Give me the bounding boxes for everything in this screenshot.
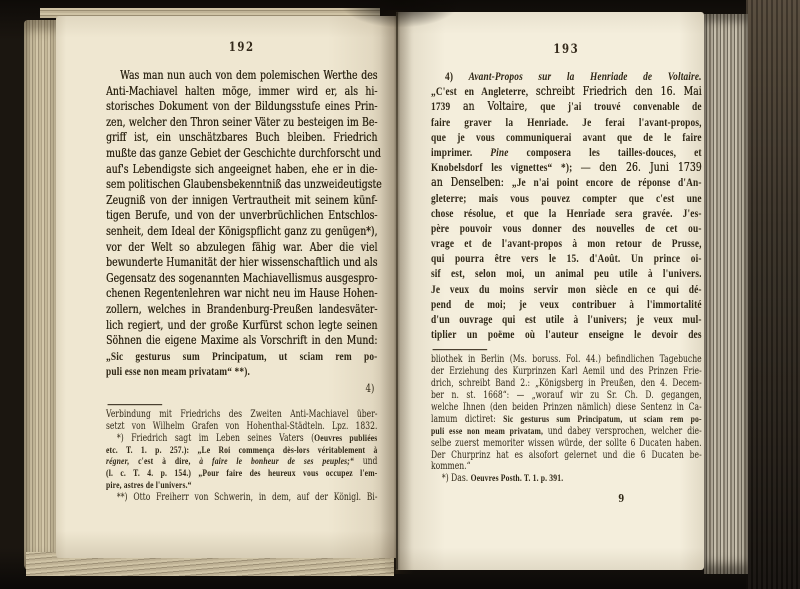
text-line: Verbindung mit Friedrichs des Zweiten An…: [106, 409, 377, 421]
text-segment: drich, schreibt Band 2.: „Königsberg in …: [431, 378, 702, 389]
text-line: sif est, selon moi, un animal peu utile …: [431, 266, 702, 281]
text-segment: qui pourra être vers le 15. d'Août. Un p…: [431, 251, 702, 265]
text-line: **) Otto Freiherr von Schwerin, in dem, …: [106, 492, 377, 504]
text-segment: Verbindung mit Friedrichs des Zweiten An…: [106, 409, 377, 420]
footnote-rule-right: [433, 349, 488, 350]
text-segment: auf's Lebendigste sich angeeignet haben,…: [106, 162, 377, 176]
text-segment: Knobelsdorf les vignettes“ *); —: [431, 160, 599, 174]
page-edges-left: [24, 20, 60, 572]
text-line: Je veux du moins servir mon siècle en ce…: [431, 282, 702, 297]
text-line: *) Das. Oeuvres Posth. T. 1. p. 391.: [431, 473, 702, 485]
text-segment: etc. T. 1. p. 257.): „Le Roi commença dè…: [106, 445, 377, 456]
text-line: welche Ihnen (den beiden Prinzen nämlich…: [431, 402, 702, 414]
text-line: etc. T. 1. p. 257.): „Le Roi commença dè…: [106, 445, 377, 457]
text-segment: und: [363, 456, 378, 467]
text-line: kommen.“: [431, 461, 702, 473]
text-line: an Denselben: „Je n'ai point encore de r…: [431, 175, 702, 190]
text-line: zen, welcher den Thron seiner Väter zu b…: [106, 115, 377, 131]
text-segment: composera les tailles-douces, et: [509, 145, 702, 159]
text-line: pire, astres de l'univers.“: [106, 480, 377, 492]
text-segment: Je veux du moins servir mon siècle en ce…: [431, 282, 702, 296]
text-segment: und dabey versprochen, welcher die-: [548, 426, 702, 437]
text-segment: Pine: [490, 145, 508, 159]
text-line: puli esse non meam privatam“ **).: [106, 364, 377, 380]
text-line: qui pourra être vers le 15. d'Août. Un p…: [431, 251, 702, 266]
text-line: storisches Dokument von der Bildungsstuf…: [106, 99, 377, 115]
text-segment: zollern, welches in Brandenburg-Preußen …: [106, 302, 377, 316]
book-gutter-fold: [396, 12, 398, 570]
left-footnotes: Verbindung mit Friedrichs des Zweiten An…: [106, 409, 377, 504]
text-line: père pouvoir vous donner des nouvelles d…: [431, 221, 702, 236]
text-line: faire graver la Henriade. Je ferai l'ava…: [431, 115, 702, 130]
text-segment: père pouvoir vous donner des nouvelles d…: [431, 221, 702, 235]
text-line: puli esse non meam privatam, und dabey v…: [431, 426, 702, 438]
text-line: vrage et de l'avant-propos à mon retour …: [431, 236, 702, 251]
text-line: Gegensatz des sogenannten Machiavellismu…: [106, 271, 377, 287]
text-segment: welche Ihnen (den beiden Prinzen nämlich…: [431, 402, 702, 413]
text-segment: imprimer.: [431, 145, 490, 159]
text-line: tigen Berufe, und von der unverbrüchlich…: [106, 208, 377, 224]
text-segment: Sic gesturus sum Principatum, ut sciam r…: [503, 414, 701, 425]
text-segment: vrage et de l'avant-propos à mon retour …: [431, 236, 702, 250]
text-segment: setzt von Wilhelm Grafen von Hohenthal-S…: [106, 421, 377, 432]
text-line: 1739 an Voltaire, que j'ai trouvé conven…: [431, 99, 702, 114]
footnote-rule-left: [108, 404, 163, 405]
book-cover-right: [746, 0, 800, 589]
text-segment: Der Churprinz hat es alsofort gelernet u…: [431, 450, 702, 461]
text-segment: d'un ouvrage qui est utile à l'univers; …: [431, 312, 702, 326]
text-segment: Oeuvres publiées: [314, 433, 377, 444]
text-line: (l. c. T. 4. p. 154.) „Pour faire des he…: [106, 468, 377, 480]
text-segment: kommen.“: [431, 461, 471, 472]
text-segment: 1739: [431, 99, 463, 113]
text-segment: bliothek in Berlin (Ms. boruss. Fol. 44.…: [431, 354, 702, 365]
text-segment: *) Friedrich sagt im Leben seines Vaters…: [117, 433, 314, 444]
text-line: tiplier un poëme où l'auteur enseigne le…: [431, 327, 702, 342]
text-line: que je vous communiquerai avant que de l…: [431, 130, 702, 145]
text-segment: mußte das ganze Gebiet der Geschichte du…: [106, 146, 381, 160]
text-segment: Avant-Propos sur la Henriade de Voltaire…: [469, 69, 702, 83]
text-segment: faire graver la Henriade. Je ferai l'ava…: [431, 115, 702, 129]
text-line: selbe zuerst memoriter wissen würde, der…: [431, 438, 702, 450]
text-segment: lich regiert, und der große Kurfürst sch…: [106, 318, 377, 332]
text-segment: Oeuvres Posth. T. 1. p. 391.: [471, 473, 564, 484]
text-line: 4) Avant-Propos sur la Henriade de Volta…: [431, 69, 702, 84]
left-main-text: Was man nun auch von dem polemischen Wer…: [106, 68, 377, 380]
text-segment: an Voltaire,: [463, 99, 540, 113]
text-segment: sem politischen Glaubensbekenntniß das u…: [106, 177, 382, 191]
text-segment: pend de moi; je veux contribuer à l'immo…: [431, 297, 702, 311]
left-page-content: 192 Was man nun auch von dem polemischen…: [106, 14, 377, 504]
text-line: Anti-Machiavel halten möge, immer wird e…: [106, 84, 377, 100]
text-line: vor der Welt so abzulegen fähig war. Abe…: [106, 240, 377, 256]
text-line: auf's Lebendigste sich angeeignet haben,…: [106, 162, 377, 178]
text-line: lich regiert, und der große Kurfürst sch…: [106, 318, 377, 334]
catchword: 4): [106, 382, 377, 396]
text-line: chose résolue, et que la Henriade sera g…: [431, 206, 702, 221]
text-segment: que je vous communiquerai avant que de l…: [431, 130, 702, 144]
text-segment: vor der Welt so abzulegen fähig war. Abe…: [106, 240, 377, 254]
text-segment: senheit, dem Ideal der Königspflicht gan…: [106, 224, 377, 238]
text-segment: der Erziehung des Kurprinzen Karl Aemil …: [431, 366, 702, 377]
text-line: ber n. st. 1668“: — „worauf wir zu Sr. C…: [431, 390, 702, 402]
text-line: Was man nun auch von dem polemischen Wer…: [106, 68, 377, 84]
text-segment: lamum dictiret:: [431, 414, 503, 425]
text-segment: à faire le bonheur de ses peuples;“: [199, 456, 362, 467]
right-footnotes: bliothek in Berlin (Ms. boruss. Fol. 44.…: [431, 354, 702, 485]
text-segment: puli esse non meam privatam“ **).: [106, 364, 250, 378]
text-segment: „C'est en Angleterre,: [431, 84, 536, 98]
text-segment: Was man nun auch von dem polemischen Wer…: [120, 68, 377, 82]
text-line: sem politischen Glaubensbekenntniß das u…: [106, 177, 377, 193]
text-line: chenen Regentenlehren war nicht neu im H…: [106, 286, 377, 302]
text-line: „C'est en Angleterre, schreibt Friedrich…: [431, 84, 702, 99]
signature-mark: 9: [431, 492, 702, 505]
text-line: senheit, dem Ideal der Königspflicht gan…: [106, 224, 377, 240]
text-segment: Söhnen die eigene Maxime als Vorschrift …: [106, 333, 377, 347]
page-number-right: 193: [431, 42, 702, 57]
right-main-text: 4) Avant-Propos sur la Henriade de Volta…: [431, 69, 702, 342]
text-segment: tigen Berufe, und von der unverbrüchlich…: [106, 208, 377, 222]
text-segment: ber n. st. 1668“: — „worauf wir zu Sr. C…: [431, 390, 702, 401]
text-line: Knobelsdorf les vignettes“ *); — den 26.…: [431, 160, 702, 175]
text-line: der Erziehung des Kurprinzen Karl Aemil …: [431, 366, 702, 378]
text-line: régner, c'est à dire, à faire le bonheur…: [106, 456, 377, 468]
text-line: imprimer. Pine composera les tailles-dou…: [431, 145, 702, 160]
text-segment: 4): [445, 69, 469, 83]
text-line: lamum dictiret: Sic gesturus sum Princip…: [431, 414, 702, 426]
page-number-left: 192: [106, 40, 377, 55]
text-line: mußte das ganze Gebiet der Geschichte du…: [106, 146, 377, 162]
text-line: bewunderte Humanität der hier wissenscha…: [106, 255, 377, 271]
text-segment: Zeugniß von der innigen Vertrautheit mit…: [106, 193, 377, 207]
text-line: Söhnen die eigene Maxime als Vorschrift …: [106, 333, 377, 349]
text-segment: Anti-Machiavel halten möge, immer wird e…: [106, 84, 377, 98]
text-segment: sif est, selon moi, un animal peu utile …: [431, 266, 702, 280]
text-line: „Sic gesturus sum Principatum, ut sciam …: [106, 349, 377, 365]
text-line: bliothek in Berlin (Ms. boruss. Fol. 44.…: [431, 354, 702, 366]
text-line: setzt von Wilhelm Grafen von Hohenthal-S…: [106, 421, 377, 433]
open-book-photo: 192 Was man nun auch von dem polemischen…: [0, 0, 800, 589]
text-segment: storisches Dokument von der Bildungsstuf…: [106, 99, 377, 113]
text-segment: gleterre; mais vous pouvez compter que c…: [431, 191, 702, 205]
text-segment: Gegensatz des sogenannten Machiavellismu…: [106, 271, 377, 285]
text-segment: chenen Regentenlehren war nicht neu im H…: [106, 286, 377, 300]
text-segment: c'est à dire,: [138, 456, 199, 467]
text-segment: an Denselben:: [431, 175, 512, 189]
text-segment: (l. c. T. 4. p. 154.) „Pour faire des he…: [106, 468, 377, 479]
text-segment: selbe zuerst memoriter wissen würde, der…: [431, 438, 702, 449]
text-segment: tiplier un poëme où l'auteur enseigne le…: [431, 327, 702, 341]
text-segment: que j'ai trouvé convenable de: [540, 99, 701, 113]
right-page-content: 193 4) Avant-Propos sur la Henriade de V…: [431, 10, 702, 505]
text-line: griff ist, ein unschätzbares Buch bleibe…: [106, 130, 377, 146]
text-line: Zeugniß von der innigen Vertrautheit mit…: [106, 193, 377, 209]
text-segment: „Je n'ai point encore de réponse d'An-: [512, 175, 702, 189]
text-line: Der Churprinz hat es alsofort gelernet u…: [431, 450, 702, 462]
text-segment: schreibt Friedrich den 16. Mai: [536, 84, 702, 98]
text-line: zollern, welches in Brandenburg-Preußen …: [106, 302, 377, 318]
text-segment: zen, welcher den Thron seiner Väter zu b…: [106, 115, 377, 129]
text-line: d'un ouvrage qui est utile à l'univers; …: [431, 312, 702, 327]
page-edges-right: [704, 14, 748, 574]
text-segment: *) Das.: [442, 473, 471, 484]
text-segment: puli esse non meam privatam,: [431, 426, 548, 437]
text-line: gleterre; mais vous pouvez compter que c…: [431, 191, 702, 206]
text-segment: **) Otto Freiherr von Schwerin, in dem, …: [117, 492, 378, 503]
text-segment: chose résolue, et que la Henriade sera g…: [431, 206, 702, 220]
text-segment: pire, astres de l'univers.“: [106, 480, 192, 491]
text-segment: „Sic gesturus sum Principatum, ut sciam …: [106, 349, 377, 363]
text-line: pend de moi; je veux contribuer à l'immo…: [431, 297, 702, 312]
text-segment: griff ist, ein unschätzbares Buch bleibe…: [106, 130, 377, 144]
text-segment: régner,: [106, 456, 138, 467]
text-line: drich, schreibt Band 2.: „Königsberg in …: [431, 378, 702, 390]
text-line: *) Friedrich sagt im Leben seines Vaters…: [106, 433, 377, 445]
text-segment: den 26. Juni 1739: [599, 160, 701, 174]
text-segment: bewunderte Humanität der hier wissenscha…: [106, 255, 377, 269]
